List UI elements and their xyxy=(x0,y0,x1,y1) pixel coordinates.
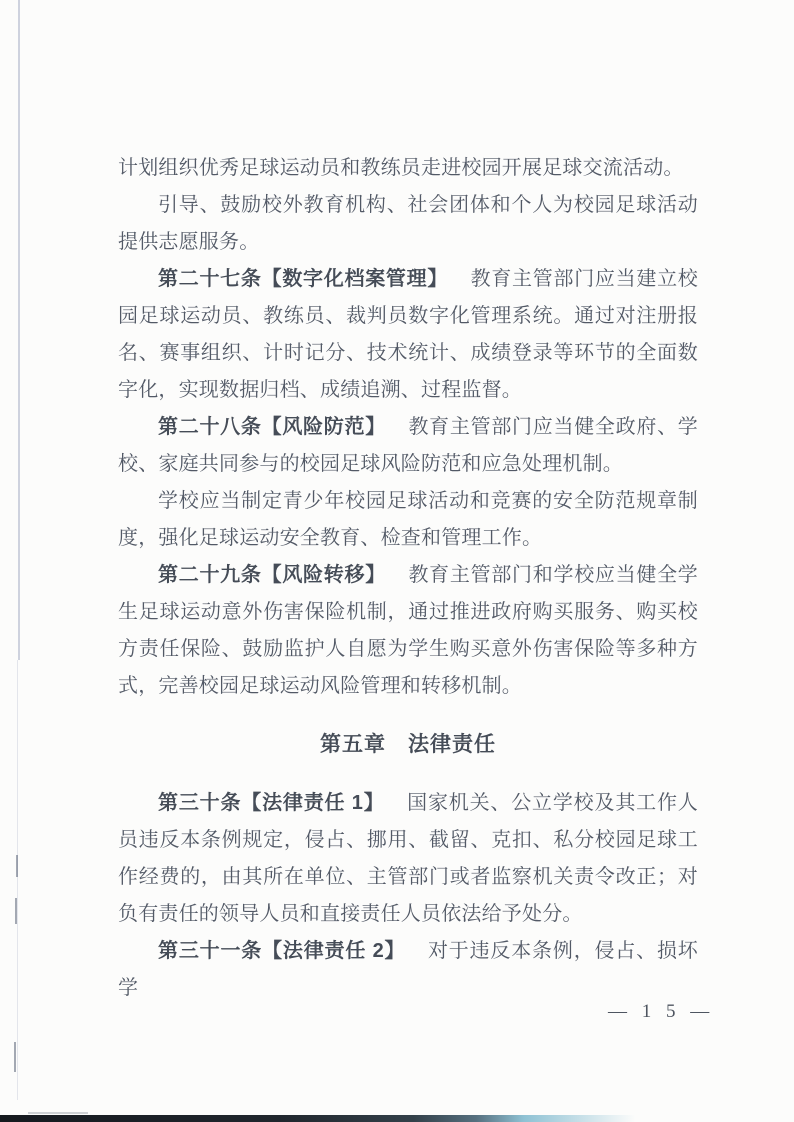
scanned-document-page: 计划组织优秀足球运动员和教练员走进校园开展足球交流活动。 引导、鼓励校外教育机构… xyxy=(0,0,794,1122)
article-29-label: 第二十九条【风险转移】 xyxy=(158,564,386,586)
scan-edge-mark xyxy=(14,1042,16,1072)
article-27-label: 第二十七条【数字化档案管理】 xyxy=(158,268,448,290)
scan-edge-mark xyxy=(15,898,17,924)
article-28-paragraph: 第二十八条【风险防范】教育主管部门应当健全政府、学校、家庭共同参与的校园足球风险… xyxy=(118,409,698,483)
article-31-paragraph: 第三十一条【法律责任 2】对于违反本条例，侵占、损坏学 xyxy=(118,933,698,1007)
article-31-label: 第三十一条【法律责任 2】 xyxy=(158,940,405,962)
article-30-paragraph: 第三十条【法律责任 1】国家机关、公立学校及其工作人员违反本条例规定，侵占、挪用… xyxy=(118,785,698,933)
scan-fold-line xyxy=(18,0,20,660)
page-number: — 1 5 — xyxy=(608,998,714,1026)
article-28-label: 第二十八条【风险防范】 xyxy=(158,416,386,438)
document-body: 计划组织优秀足球运动员和教练员走进校园开展足球交流活动。 引导、鼓励校外教育机构… xyxy=(118,150,698,1007)
scan-edge-artifact xyxy=(0,1115,794,1122)
article-29-paragraph: 第二十九条【风险转移】教育主管部门和学校应当健全学生足球运动意外伤害保险机制，通… xyxy=(118,557,698,705)
paragraph-continuation: 计划组织优秀足球运动员和教练员走进校园开展足球交流活动。 xyxy=(118,150,698,187)
scan-fold-line-lower xyxy=(17,660,18,1100)
scan-edge-mark xyxy=(16,855,18,877)
scan-smudge xyxy=(28,1112,88,1114)
paragraph-volunteer-service: 引导、鼓励校外教育机构、社会团体和个人为校园足球活动提供志愿服务。 xyxy=(118,187,698,261)
article-27-paragraph: 第二十七条【数字化档案管理】教育主管部门应当建立校园足球运动员、教练员、裁判员数… xyxy=(118,261,698,409)
paragraph-school-safety-rules: 学校应当制定青少年校园足球活动和竞赛的安全防范规章制度，强化足球运动安全教育、检… xyxy=(118,483,698,557)
article-30-label: 第三十条【法律责任 1】 xyxy=(158,792,385,814)
chapter-5-heading: 第五章 法律责任 xyxy=(118,726,698,763)
